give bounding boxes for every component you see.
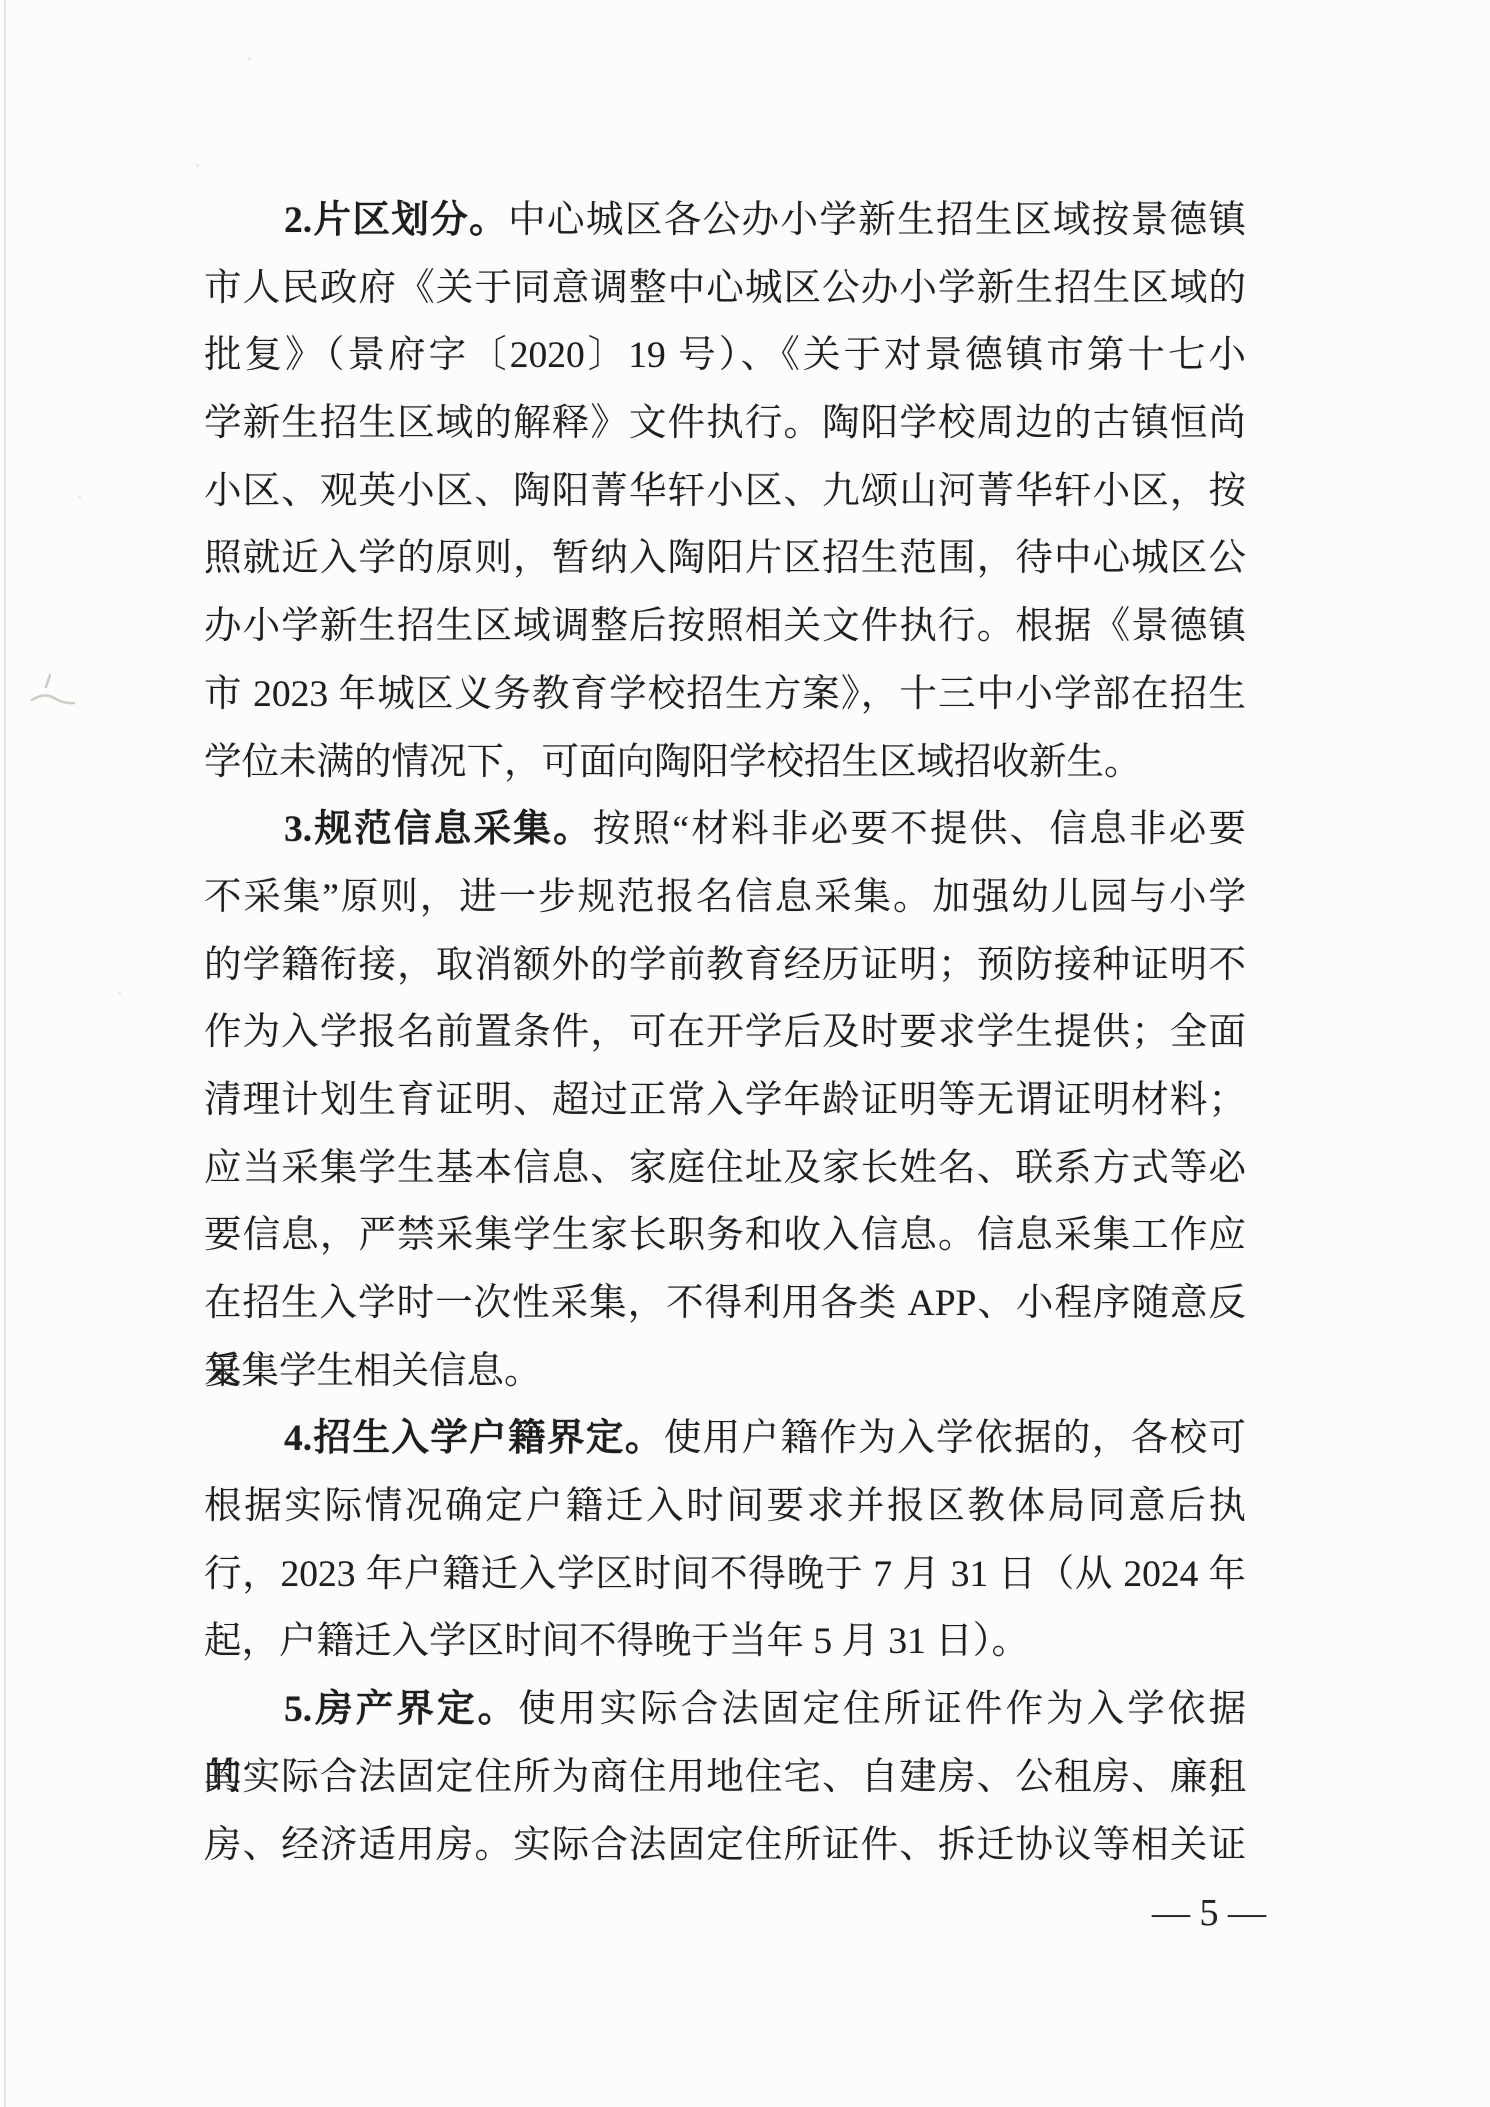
scanned-document-page: { "page": { "page_number": "— 5 —" }, "p… <box>0 0 1490 2107</box>
text-line: 采集学生相关信息。 <box>204 1338 1246 1406</box>
text-line: 应当采集学生基本信息、家庭住址及家长姓名、联系方式等必 <box>204 1135 1246 1203</box>
text-line: 作为入学报名前置条件，可在开学后及时要求学生提供；全面 <box>204 999 1246 1067</box>
section-body-text: 中心城区各公办小学新生招生区域按景德镇 <box>508 200 1246 241</box>
text-line: 小区、观英小区、陶阳菁华轩小区、九颂山河菁华轩小区，按 <box>204 458 1246 526</box>
text-line: 办小学新生招生区域调整后按照相关文件执行。根据《景德镇 <box>204 593 1246 661</box>
text-line: 市 2023 年城区义务教育学校招生方案》，十三中小学部在招生 <box>204 661 1246 729</box>
text-line: 市人民政府《关于同意调整中心城区公办小学新生招生区域的 <box>204 255 1246 323</box>
scan-speck-artifact <box>248 57 251 60</box>
text-line: 2.片区划分。中心城区各公办小学新生招生区域按景德镇 <box>204 187 1246 255</box>
text-line: 行，2023 年户籍迁入学区时间不得晚于 7 月 31 日（从 2024 年 <box>204 1541 1246 1609</box>
scan-edge-artifact <box>4 0 6 2107</box>
scan-speck-artifact <box>78 496 81 499</box>
scan-speck-artifact <box>196 164 199 167</box>
section-heading: 4.招生入学户籍界定。 <box>284 1418 664 1459</box>
text-line: 清理计划生育证明、超过正常入学年龄证明等无谓证明材料； <box>204 1067 1246 1135</box>
text-line: 其实际合法固定住所为商住用地住宅、自建房、公租房、廉租 <box>204 1744 1246 1812</box>
text-line: 批复》（景府字〔2020〕19 号）、《关于对景德镇市第十七小 <box>204 322 1246 390</box>
text-line: 照就近入学的原则，暂纳入陶阳片区招生范围，待中心城区公 <box>204 525 1246 593</box>
paragraph-section-4: 4.招生入学户籍界定。使用户籍作为入学依据的，各校可根据实际情况确定户籍迁入时间… <box>204 1405 1246 1676</box>
section-heading: 5.房产界定。 <box>284 1689 518 1730</box>
text-line: 3.规范信息采集。按照“材料非必要不提供、信息非必要 <box>204 796 1246 864</box>
section-body-text: 使用户籍作为入学依据的，各校可 <box>664 1418 1246 1459</box>
scan-smudge-artifact <box>30 673 78 713</box>
page-number: — 5 — <box>1152 1888 1266 1938</box>
text-line: 的学籍衔接，取消额外的学前教育经历证明；预防接种证明不 <box>204 932 1246 1000</box>
text-line: 4.招生入学户籍界定。使用户籍作为入学依据的，各校可 <box>204 1405 1246 1473</box>
text-line: 在招生入学时一次性采集，不得利用各类 APP、小程序随意反复 <box>204 1270 1246 1338</box>
paragraph-section-3: 3.规范信息采集。按照“材料非必要不提供、信息非必要不采集”原则，进一步规范报名… <box>204 796 1246 1405</box>
paragraph-section-2: 2.片区划分。中心城区各公办小学新生招生区域按景德镇市人民政府《关于同意调整中心… <box>204 187 1246 796</box>
paragraph-section-5: 5.房产界定。使用实际合法固定住所证件作为入学依据的，其实际合法固定住所为商住用… <box>204 1676 1246 1879</box>
text-line: 不采集”原则，进一步规范报名信息采集。加强幼儿园与小学 <box>204 864 1246 932</box>
scan-speck-artifact <box>118 992 121 995</box>
text-line: 起，户籍迁入学区时间不得晚于当年 5 月 31 日）。 <box>204 1608 1246 1676</box>
text-line: 房、经济适用房。实际合法固定住所证件、拆迁协议等相关证 <box>204 1812 1246 1880</box>
document-body: 2.片区划分。中心城区各公办小学新生招生区域按景德镇市人民政府《关于同意调整中心… <box>204 187 1246 1879</box>
text-line: 学位未满的情况下，可面向陶阳学校招生区域招收新生。 <box>204 729 1246 797</box>
text-line: 根据实际情况确定户籍迁入时间要求并报区教体局同意后执 <box>204 1473 1246 1541</box>
section-heading: 3.规范信息采集。 <box>284 809 593 850</box>
section-heading: 2.片区划分。 <box>284 200 508 241</box>
text-line: 学新生招生区域的解释》文件执行。陶阳学校周边的古镇恒尚 <box>204 390 1246 458</box>
text-line: 要信息，严禁采集学生家长职务和收入信息。信息采集工作应 <box>204 1202 1246 1270</box>
text-line: 5.房产界定。使用实际合法固定住所证件作为入学依据的， <box>204 1676 1246 1744</box>
section-body-text: 按照“材料非必要不提供、信息非必要 <box>593 809 1246 850</box>
